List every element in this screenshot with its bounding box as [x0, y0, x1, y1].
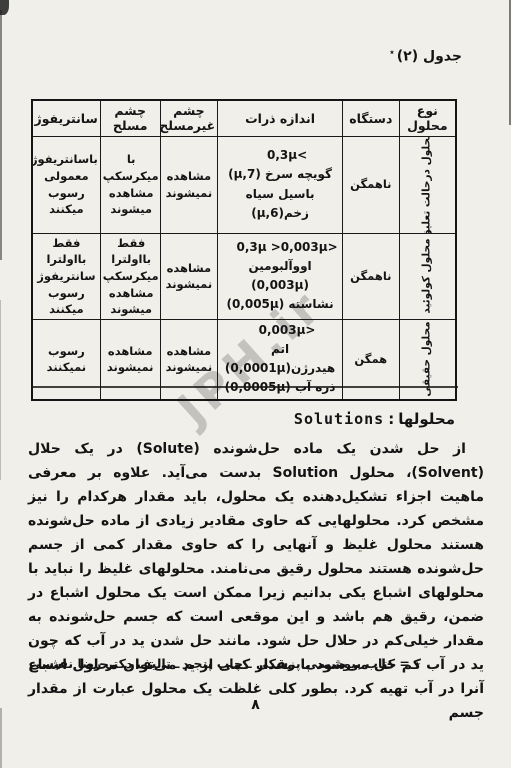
table-bottom-rule — [31, 386, 458, 388]
cell-centrifuge: فقط بااولترا سانتریفوژ رسوب میکنند — [32, 233, 100, 319]
vertical-label: محلول کولوئید — [420, 239, 435, 314]
cell-particle-size: <0,3μ >0,003μ اووآلبومین (0,003μ) نشاسته… — [218, 233, 343, 319]
cell-particle-size: >0,3μ گویچه سرخ (7,μ) باسیل سیاه زخم(6,μ… — [218, 136, 343, 233]
section-heading: محلولها:Solutions — [294, 410, 455, 428]
size-value: >0,3μ — [220, 146, 340, 165]
size-example: گویچه سرخ (7,μ) — [220, 165, 340, 184]
table-caption-text: جدول (٢) — [397, 49, 462, 65]
cell-armed-eye: فقط بااولترا میکرسکپ مشاهده میشوند — [100, 233, 160, 319]
size-example: ذره آب (0,0005μ) — [220, 378, 340, 397]
table-row-suspension: محلول درحالت تعلیق ناهمگن >0,3μ گویچه سر… — [32, 136, 456, 233]
table-caption: جدول (٢)٭ — [389, 47, 462, 65]
cell-armed-eye: با میکرسکپ مشاهده میشوند — [100, 136, 160, 233]
col-header-naked-eye: چشم غیرمسلح — [160, 100, 218, 136]
table-header-row: نوع محلول دستگاه اندازه ذرات چشم غیرمسلح… — [32, 100, 456, 136]
footnote: ٭ = کتاب بیوشیمی پزشکی ـ چاپ پنجم ـ تالی… — [29, 656, 421, 671]
size-value: <0,3μ >0,003μ — [220, 238, 340, 257]
cell-centrifuge: باسانتریفوژ معمولی رسوب میکنند — [32, 136, 100, 233]
scan-artifact-left-edge — [0, 300, 1, 480]
cell-naked-eye: مشاهده نمیشوند — [160, 136, 218, 233]
body-paragraph: از حل شدن یک ماده حل‌شونده (Solute) در ی… — [28, 437, 484, 725]
table-row-colloid: محلول کولوئید ناهمگن <0,3μ >0,003μ اووآل… — [32, 233, 456, 319]
col-header-armed-eye: چشم مسلح — [100, 100, 160, 136]
cell-naked-eye: مشاهده نمیشوند — [160, 233, 218, 319]
size-example: اتم هیدرژن(0,0001μ) — [220, 340, 340, 378]
size-example: باسیل سیاه زخم(6,μ) — [220, 185, 340, 223]
vertical-label: محلول درحالت تعلیق — [420, 136, 435, 233]
size-value: <0,003μ — [220, 321, 340, 340]
footnote-star-icon: ٭ — [389, 47, 394, 58]
scanned-document-page: JPH.ir جدول (٢)٭ نوع محلول دستگاه اندازه… — [0, 0, 511, 768]
section-heading-fa: محلولها — [398, 410, 455, 428]
size-example: اووآلبومین (0,003μ) — [220, 257, 340, 295]
scan-artifact-left-edge — [0, 10, 2, 260]
cell-system: ناهمگن — [342, 136, 399, 233]
size-example: نشاسته (0,005μ) — [220, 295, 340, 314]
page-number: ٨ — [0, 697, 511, 713]
col-header-particle-size: اندازه ذرات — [218, 100, 343, 136]
cell-solution-type: محلول درحالت تعلیق — [399, 136, 456, 233]
section-heading-en: Solutions — [294, 410, 384, 428]
col-header-system: دستگاه — [342, 100, 399, 136]
col-header-centrifuge: سانتریفوژ — [32, 100, 100, 136]
solutions-table: نوع محلول دستگاه اندازه ذرات چشم غیرمسلح… — [31, 99, 457, 401]
scan-artifact-bottom-edge — [0, 708, 2, 768]
cell-system: ناهمگن — [342, 233, 399, 319]
heading-colon: : — [388, 410, 394, 428]
col-header-solution-type: نوع محلول — [399, 100, 456, 136]
cell-solution-type: محلول کولوئید — [399, 233, 456, 319]
